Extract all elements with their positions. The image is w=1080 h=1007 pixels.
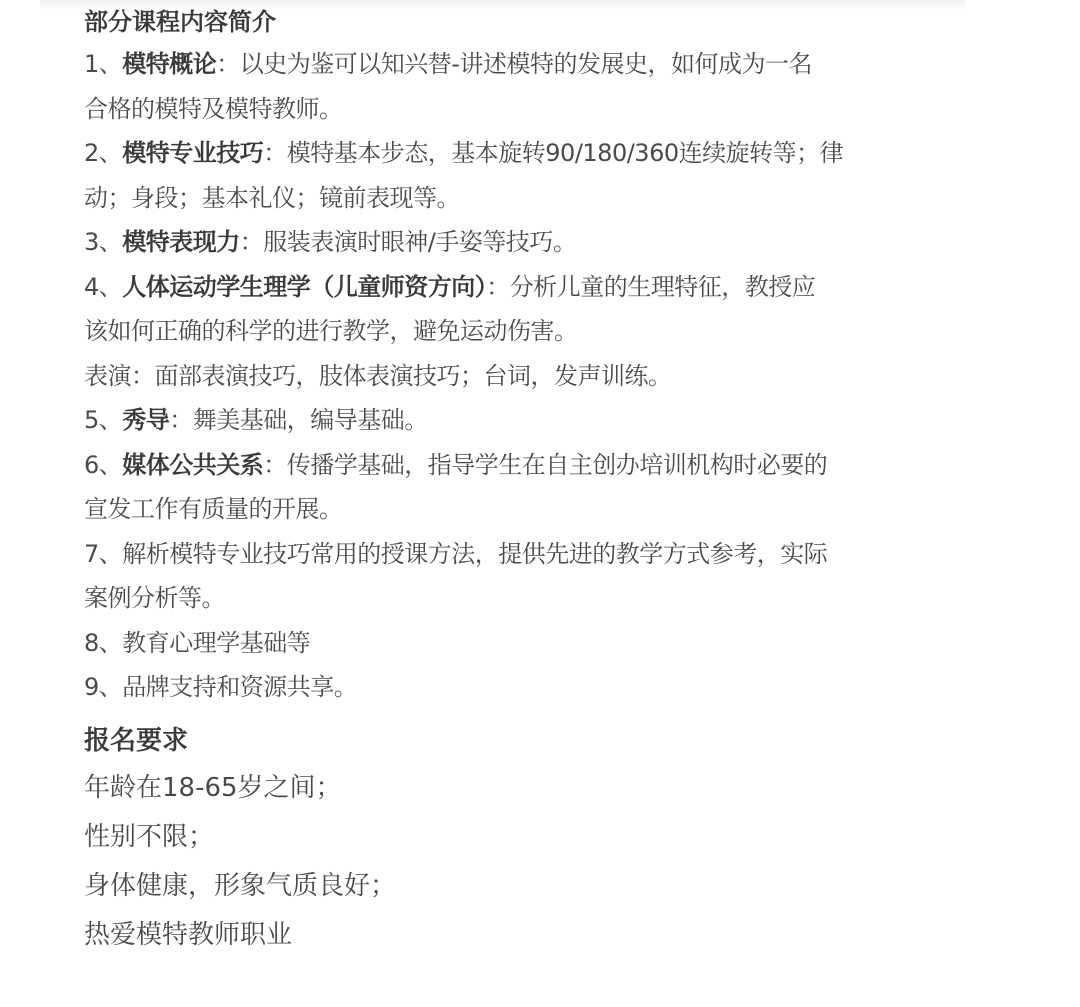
item-text: 分析儿童的生理特征，教授应 [510, 273, 816, 301]
course-item-1-cont: 合格的模特及模特教师。 [84, 87, 954, 132]
course-item-7: 7、解析模特专业技巧常用的授课方法，提供先进的教学方式参考，实际 [84, 532, 954, 577]
item-text: 服装表演时眼神/手姿等技巧。 [263, 228, 576, 256]
item-text: 传播学基础，指导学生在自主创办培训机构时必要的 [287, 451, 828, 479]
item-number: 2、 [84, 139, 122, 167]
item-text: 模特基本步态，基本旋转90/180/360连续旋转等；律 [287, 139, 843, 167]
course-item-6: 6、媒体公共关系：传播学基础，指导学生在自主创办培训机构时必要的 [84, 443, 954, 488]
item-number: 1、 [84, 50, 122, 78]
item-heading: 模特概论 [122, 50, 216, 78]
item-text: 舞美基础，编导基础。 [193, 406, 428, 434]
separator: ： [486, 273, 510, 301]
course-item-6-cont: 宣发工作有质量的开展。 [84, 487, 954, 532]
item-heading: 模特表现力 [122, 228, 240, 256]
item-heading: 媒体公共关系 [122, 451, 263, 479]
requirement-item: 性别不限； [84, 813, 954, 862]
item-heading: 模特专业技巧 [122, 139, 263, 167]
requirement-item: 身体健康，形象气质良好； [84, 862, 954, 911]
requirement-item: 年龄在18-65岁之间； [84, 764, 954, 813]
course-item-4: 4、人体运动学生理学（儿童师资方向）：分析儿童的生理特征，教授应 [84, 265, 954, 310]
item-number: 5、 [84, 406, 122, 434]
item-number: 6、 [84, 451, 122, 479]
course-item-2: 2、模特专业技巧：模特基本步态，基本旋转90/180/360连续旋转等；律 [84, 131, 954, 176]
section-title-requirements: 报名要求 [84, 718, 954, 764]
course-item-2-cont: 动；身段；基本礼仪；镜前表现等。 [84, 176, 954, 221]
course-item-7-cont: 案例分析等。 [84, 576, 954, 621]
section-title-course-intro: 部分课程内容简介 [84, 2, 954, 42]
article-content: 部分课程内容简介 1、模特概论：以史为鉴可以知兴替-讲述模特的发展史，如何成为一… [84, 2, 954, 960]
requirement-item: 热爱模特教师职业 [84, 911, 954, 960]
item-number: 4、 [84, 273, 122, 301]
item-number: 3、 [84, 228, 122, 256]
item-heading: 秀导 [122, 406, 169, 434]
course-item-performance: 表演：面部表演技巧，肢体表演技巧；台词，发声训练。 [84, 354, 954, 399]
item-text: 以史为鉴可以知兴替-讲述模特的发展史，如何成为一名 [240, 50, 812, 78]
course-item-8: 8、教育心理学基础等 [84, 621, 954, 666]
item-heading: 人体运动学生理学（儿童师资方向） [122, 273, 486, 301]
separator: ： [169, 406, 193, 434]
course-item-3: 3、模特表现力：服装表演时眼神/手姿等技巧。 [84, 220, 954, 265]
separator: ： [263, 451, 287, 479]
separator: ： [216, 50, 240, 78]
course-item-9: 9、品牌支持和资源共享。 [84, 665, 954, 710]
separator: ： [263, 139, 287, 167]
course-item-1: 1、模特概论：以史为鉴可以知兴替-讲述模特的发展史，如何成为一名 [84, 42, 954, 87]
course-item-4-cont: 该如何正确的科学的进行教学，避免运动伤害。 [84, 309, 954, 354]
course-item-5: 5、秀导：舞美基础，编导基础。 [84, 398, 954, 443]
separator: ： [240, 228, 264, 256]
